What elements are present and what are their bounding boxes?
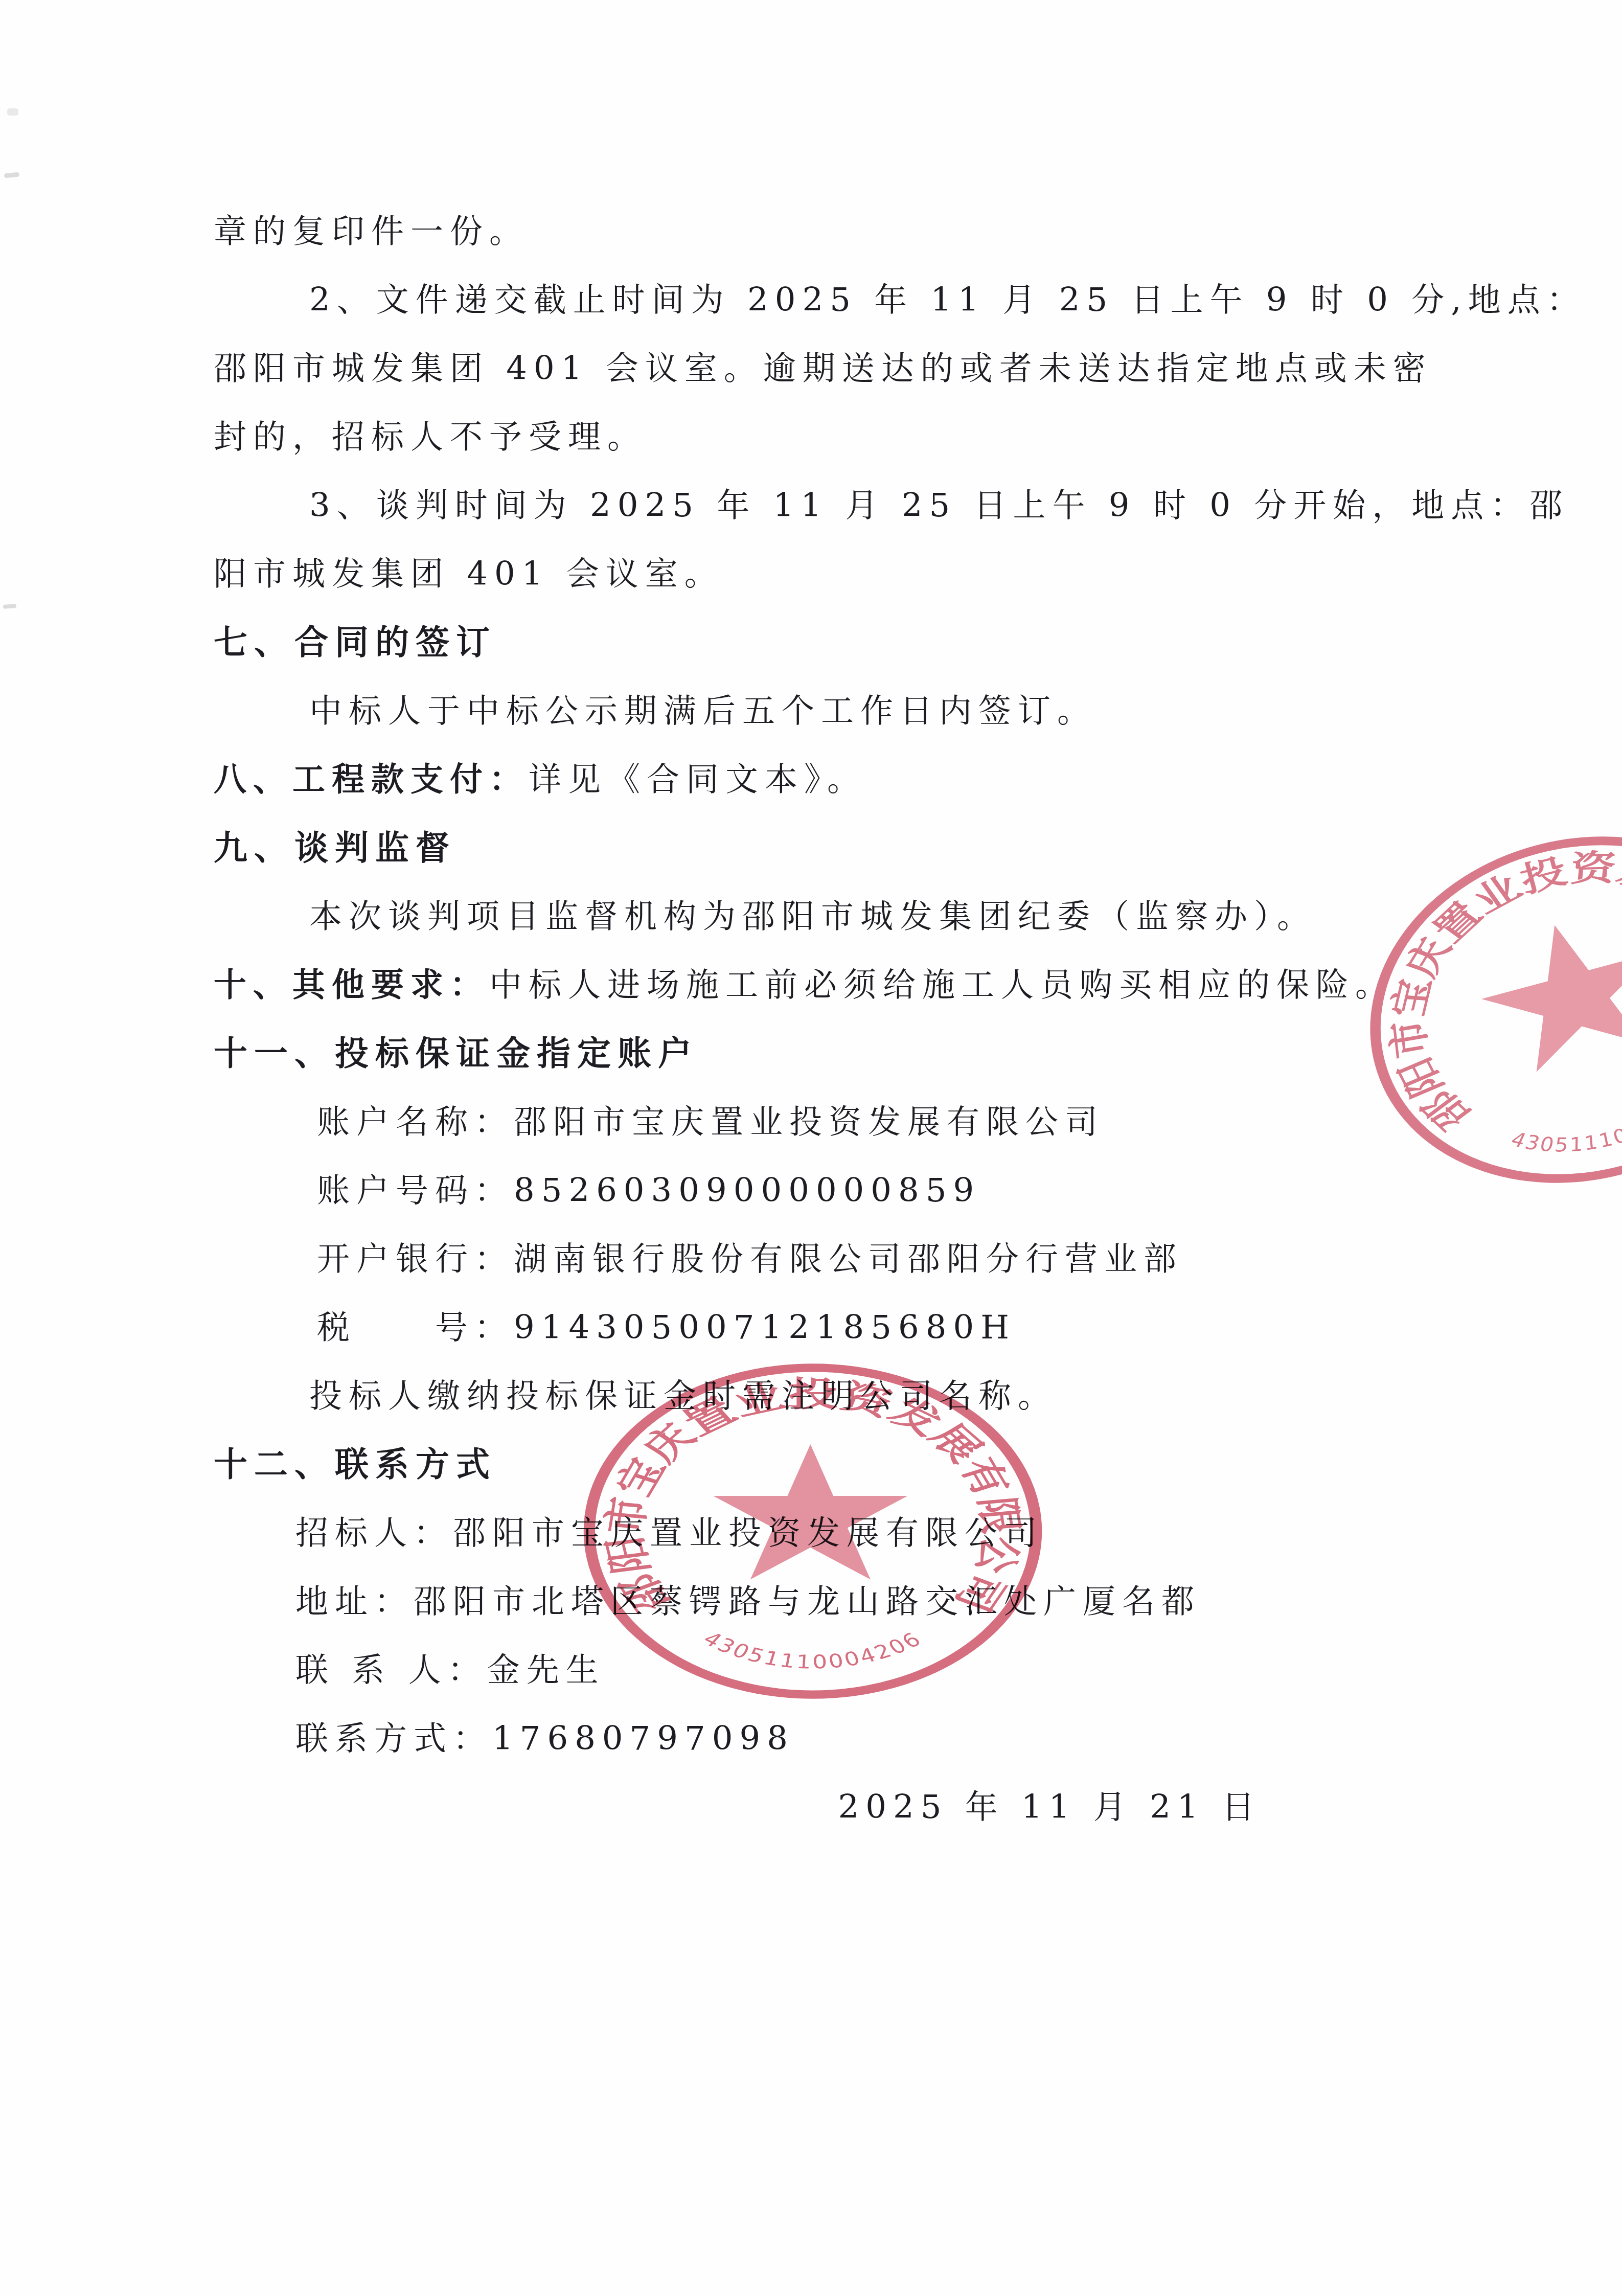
star-icon: [1468, 902, 1622, 1081]
section-heading-8: 八、工程款支付：详见《合同文本》。: [214, 745, 1420, 814]
contact-phone-line: 联系方式：17680797098: [295, 1704, 1420, 1773]
seal-number: 43051110004206: [1502, 1077, 1622, 1176]
svg-text:43051110004206: 43051110004206: [1502, 1077, 1622, 1176]
contact-address-line: 地址：邵阳市北塔区蔡锷路与龙山路交汇处广厦名都: [295, 1567, 1420, 1636]
body-line-deadline: 2、文件递交截止时间为 2025 年 11 月 25 日上午 9 时 0 分,地…: [214, 266, 1420, 334]
section-heading-8-label: 八、工程款支付：: [214, 761, 529, 799]
section-heading-9: 九、谈判监督: [214, 814, 1420, 882]
section-heading-10-label: 十、其他要求：: [214, 966, 489, 1004]
section-heading-12: 十二、联系方式: [214, 1430, 1420, 1499]
body-line: 邵阳市城发集团 401 会议室。逾期送达的或者未送达指定地点或未密: [214, 334, 1420, 403]
account-bank-line: 开户银行：湖南银行股份有限公司邵阳分行营业部: [317, 1225, 1420, 1293]
account-number-line: 账户号码：85260309000000859: [317, 1156, 1420, 1225]
document-body: 章的复印件一份。 2、文件递交截止时间为 2025 年 11 月 25 日上午 …: [214, 197, 1420, 1842]
section-heading-8-rest: 详见《合同文本》。: [529, 761, 866, 799]
scan-artifact: [3, 604, 16, 609]
document-date: 2025 年 11 月 21 日: [214, 1773, 1420, 1842]
body-line: 本次谈判项目监督机构为邵阳市城发集团纪委（监察办）。: [214, 882, 1420, 951]
section-heading-7: 七、合同的签订: [214, 608, 1420, 677]
contact-tenderee-line: 招标人：邵阳市宝庆置业投资发展有限公司: [295, 1499, 1420, 1567]
body-line: 投标人缴纳投标保证金时需注明公司名称。: [214, 1362, 1420, 1430]
document-page: 章的复印件一份。 2、文件递交截止时间为 2025 年 11 月 25 日上午 …: [0, 0, 1622, 2296]
scan-artifact: [4, 172, 20, 178]
section-heading-10: 十、其他要求：中标人进场施工前必须给施工人员购买相应的保险。: [214, 951, 1420, 1019]
section-heading-10-rest: 中标人进场施工前必须给施工人员购买相应的保险。: [489, 966, 1395, 1004]
scan-artifact: [7, 108, 18, 116]
body-line-time: 3、谈判时间为 2025 年 11 月 25 日上午 9 时 0 分开始，地点：…: [214, 471, 1420, 540]
body-line: 阳市城发集团 401 会议室。: [214, 540, 1420, 608]
account-name-line: 账户名称：邵阳市宝庆置业投资发展有限公司: [317, 1088, 1420, 1156]
account-tax-line: 税 号：91430500712185680H: [317, 1293, 1420, 1362]
body-line: 中标人于中标公示期满后五个工作日内签订。: [214, 677, 1420, 745]
contact-person-line: 联 系 人：金先生: [295, 1636, 1420, 1704]
body-line: 章的复印件一份。: [214, 197, 1420, 266]
section-heading-11: 十一、投标保证金指定账户: [214, 1019, 1420, 1088]
body-line: 封的，招标人不予受理。: [214, 403, 1420, 471]
